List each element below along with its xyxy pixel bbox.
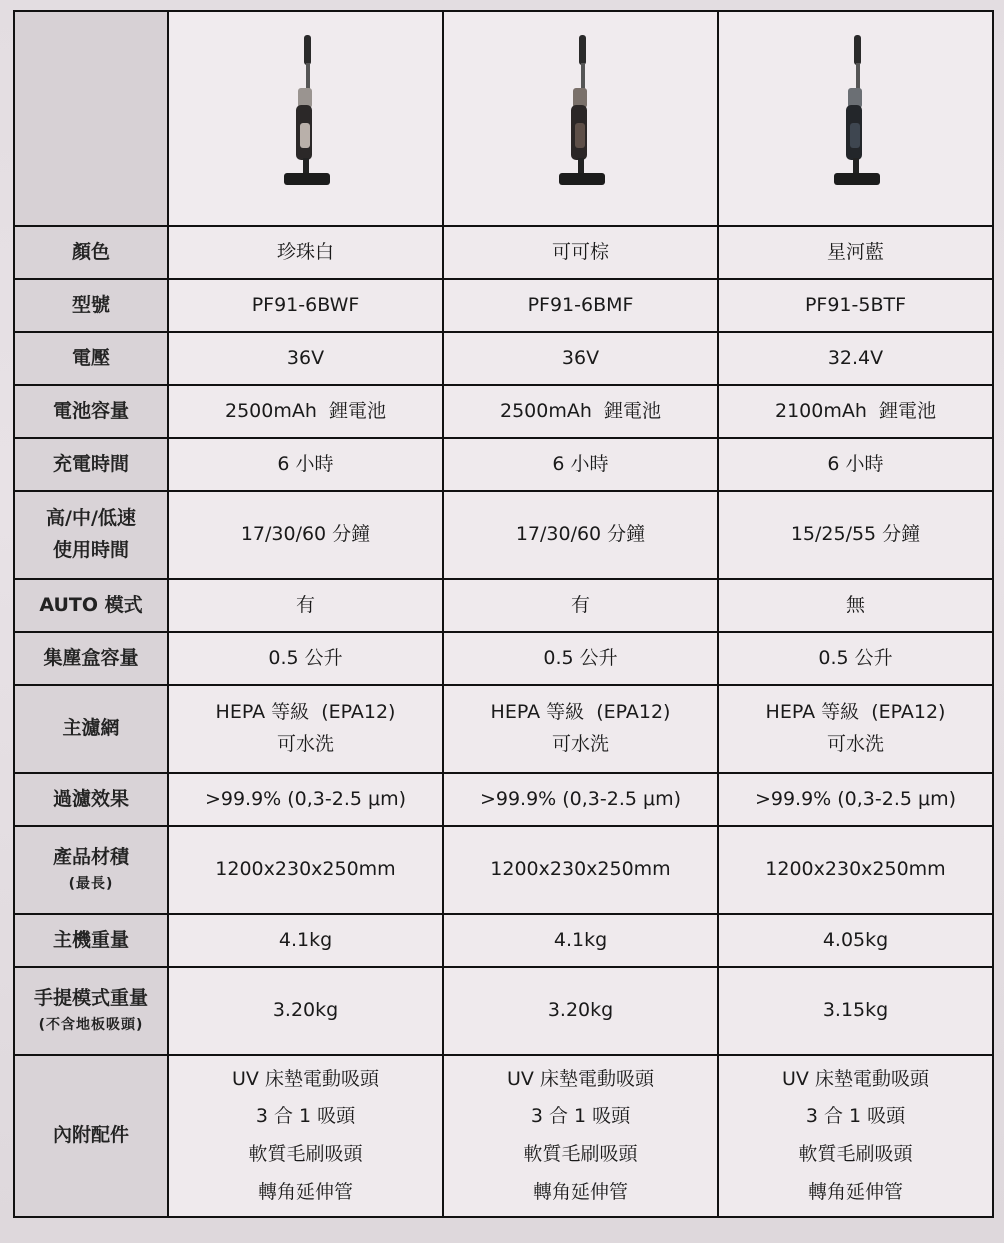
- cell-charge-time: 6 小時: [443, 438, 718, 491]
- filter-washable: 可水洗: [719, 733, 992, 757]
- cell-runtime: 15/25/55 分鐘: [718, 491, 993, 579]
- cell-filter: HEPA 等級 (EPA12) 可水洗: [718, 685, 993, 773]
- cell-charge-time: 6 小時: [718, 438, 993, 491]
- cell-handheld-weight: 3.15kg: [718, 967, 993, 1055]
- row-label: 主濾網: [14, 685, 168, 773]
- cell-dustbin: 0.5 公升: [443, 632, 718, 685]
- cell-accessories: UV 床墊電動吸頭 3 合 1 吸頭 軟質毛刷吸頭 轉角延伸管: [443, 1055, 718, 1217]
- cell-dustbin: 0.5 公升: [718, 632, 993, 685]
- accessory-item: 3 合 1 吸頭: [719, 1105, 992, 1129]
- row-auto-mode: AUTO 模式 有 有 無: [14, 579, 993, 632]
- row-label-line: 手提模式重量: [15, 987, 167, 1011]
- cell-filtration: >99.9% (0,3-2.5 μm): [168, 773, 443, 826]
- cell-auto-mode: 有: [168, 579, 443, 632]
- cell-runtime: 17/30/60 分鐘: [168, 491, 443, 579]
- row-filtration: 過濾效果 >99.9% (0,3-2.5 μm) >99.9% (0,3-2.5…: [14, 773, 993, 826]
- row-battery: 電池容量 2500mAh 鋰電池 2500mAh 鋰電池 2100mAh 鋰電池: [14, 385, 993, 438]
- filter-washable: 可水洗: [444, 733, 717, 757]
- accessory-item: 3 合 1 吸頭: [169, 1105, 442, 1129]
- row-label: 型號: [14, 279, 168, 332]
- row-charge-time: 充電時間 6 小時 6 小時 6 小時: [14, 438, 993, 491]
- filter-grade: HEPA 等級 (EPA12): [719, 701, 992, 725]
- cell-filtration: >99.9% (0,3-2.5 μm): [443, 773, 718, 826]
- cell-auto-mode: 無: [718, 579, 993, 632]
- row-label: 過濾效果: [14, 773, 168, 826]
- accessory-item: 軟質毛刷吸頭: [444, 1143, 717, 1167]
- cell-accessories: UV 床墊電動吸頭 3 合 1 吸頭 軟質毛刷吸頭 轉角延伸管: [168, 1055, 443, 1217]
- cell-battery: 2500mAh 鋰電池: [168, 385, 443, 438]
- accessory-item: UV 床墊電動吸頭: [444, 1068, 717, 1092]
- vacuum-cocoa-brown-icon: [551, 33, 611, 198]
- product-image-cell: [443, 11, 718, 226]
- accessory-item: UV 床墊電動吸頭: [719, 1068, 992, 1092]
- spec-comparison-table: 顏色 珍珠白 可可棕 星河藍 型號 PF91-6BWF PF91-6BMF PF…: [13, 10, 994, 1218]
- cell-battery: 2100mAh 鋰電池: [718, 385, 993, 438]
- vacuum-galaxy-blue-icon: [826, 33, 886, 198]
- product-image-row: [14, 11, 993, 226]
- row-label: 手提模式重量 (不含地板吸頭): [14, 967, 168, 1055]
- row-voltage: 電壓 36V 36V 32.4V: [14, 332, 993, 385]
- row-label-note: (不含地板吸頭): [15, 1017, 167, 1035]
- row-weight: 主機重量 4.1kg 4.1kg 4.05kg: [14, 914, 993, 967]
- filter-grade: HEPA 等級 (EPA12): [444, 701, 717, 725]
- spec-sheet: 顏色 珍珠白 可可棕 星河藍 型號 PF91-6BWF PF91-6BMF PF…: [13, 10, 993, 1213]
- accessory-item: 軟質毛刷吸頭: [169, 1143, 442, 1167]
- row-label-line: 使用時間: [15, 539, 167, 563]
- row-dustbin: 集塵盒容量 0.5 公升 0.5 公升 0.5 公升: [14, 632, 993, 685]
- accessory-item: 3 合 1 吸頭: [444, 1105, 717, 1129]
- row-label: 電池容量: [14, 385, 168, 438]
- accessory-item: 轉角延伸管: [444, 1181, 717, 1205]
- cell-handheld-weight: 3.20kg: [168, 967, 443, 1055]
- cell-dustbin: 0.5 公升: [168, 632, 443, 685]
- row-label: AUTO 模式: [14, 579, 168, 632]
- cell-battery: 2500mAh 鋰電池: [443, 385, 718, 438]
- product-image-cell: [718, 11, 993, 226]
- cell-charge-time: 6 小時: [168, 438, 443, 491]
- cell-voltage: 32.4V: [718, 332, 993, 385]
- cell-auto-mode: 有: [443, 579, 718, 632]
- row-handheld-weight: 手提模式重量 (不含地板吸頭) 3.20kg 3.20kg 3.15kg: [14, 967, 993, 1055]
- row-label: 高/中/低速 使用時間: [14, 491, 168, 579]
- row-label: 充電時間: [14, 438, 168, 491]
- cell-runtime: 17/30/60 分鐘: [443, 491, 718, 579]
- accessory-item: 軟質毛刷吸頭: [719, 1143, 992, 1167]
- row-label: 內附配件: [14, 1055, 168, 1217]
- row-label: 集塵盒容量: [14, 632, 168, 685]
- filter-washable: 可水洗: [169, 733, 442, 757]
- accessory-item: 轉角延伸管: [169, 1181, 442, 1205]
- row-color: 顏色 珍珠白 可可棕 星河藍: [14, 226, 993, 279]
- row-dimensions: 產品材積 (最長) 1200x230x250mm 1200x230x250mm …: [14, 826, 993, 914]
- cell-weight: 4.1kg: [168, 914, 443, 967]
- row-label: 顏色: [14, 226, 168, 279]
- vacuum-pearl-white-icon: [276, 33, 336, 198]
- cell-voltage: 36V: [168, 332, 443, 385]
- cell-model: PF91-5BTF: [718, 279, 993, 332]
- cell-voltage: 36V: [443, 332, 718, 385]
- corner-cell: [14, 11, 168, 226]
- row-label: 電壓: [14, 332, 168, 385]
- cell-color: 星河藍: [718, 226, 993, 279]
- cell-model: PF91-6BWF: [168, 279, 443, 332]
- cell-dimensions: 1200x230x250mm: [168, 826, 443, 914]
- row-accessories: 內附配件 UV 床墊電動吸頭 3 合 1 吸頭 軟質毛刷吸頭 轉角延伸管 UV …: [14, 1055, 993, 1217]
- cell-handheld-weight: 3.20kg: [443, 967, 718, 1055]
- cell-color: 珍珠白: [168, 226, 443, 279]
- row-label-line: 高/中/低速: [15, 507, 167, 531]
- cell-weight: 4.05kg: [718, 914, 993, 967]
- cell-weight: 4.1kg: [443, 914, 718, 967]
- row-model: 型號 PF91-6BWF PF91-6BMF PF91-5BTF: [14, 279, 993, 332]
- cell-filter: HEPA 等級 (EPA12) 可水洗: [168, 685, 443, 773]
- accessory-item: UV 床墊電動吸頭: [169, 1068, 442, 1092]
- row-filter: 主濾網 HEPA 等級 (EPA12) 可水洗 HEPA 等級 (EPA12) …: [14, 685, 993, 773]
- product-image-cell: [168, 11, 443, 226]
- row-label: 產品材積 (最長): [14, 826, 168, 914]
- cell-color: 可可棕: [443, 226, 718, 279]
- row-label-note: (最長): [15, 876, 167, 894]
- row-label-line: 產品材積: [15, 846, 167, 870]
- row-label: 主機重量: [14, 914, 168, 967]
- filter-grade: HEPA 等級 (EPA12): [169, 701, 442, 725]
- row-runtime: 高/中/低速 使用時間 17/30/60 分鐘 17/30/60 分鐘 15/2…: [14, 491, 993, 579]
- cell-dimensions: 1200x230x250mm: [718, 826, 993, 914]
- cell-dimensions: 1200x230x250mm: [443, 826, 718, 914]
- accessory-item: 轉角延伸管: [719, 1181, 992, 1205]
- cell-accessories: UV 床墊電動吸頭 3 合 1 吸頭 軟質毛刷吸頭 轉角延伸管: [718, 1055, 993, 1217]
- cell-model: PF91-6BMF: [443, 279, 718, 332]
- cell-filtration: >99.9% (0,3-2.5 μm): [718, 773, 993, 826]
- cell-filter: HEPA 等級 (EPA12) 可水洗: [443, 685, 718, 773]
